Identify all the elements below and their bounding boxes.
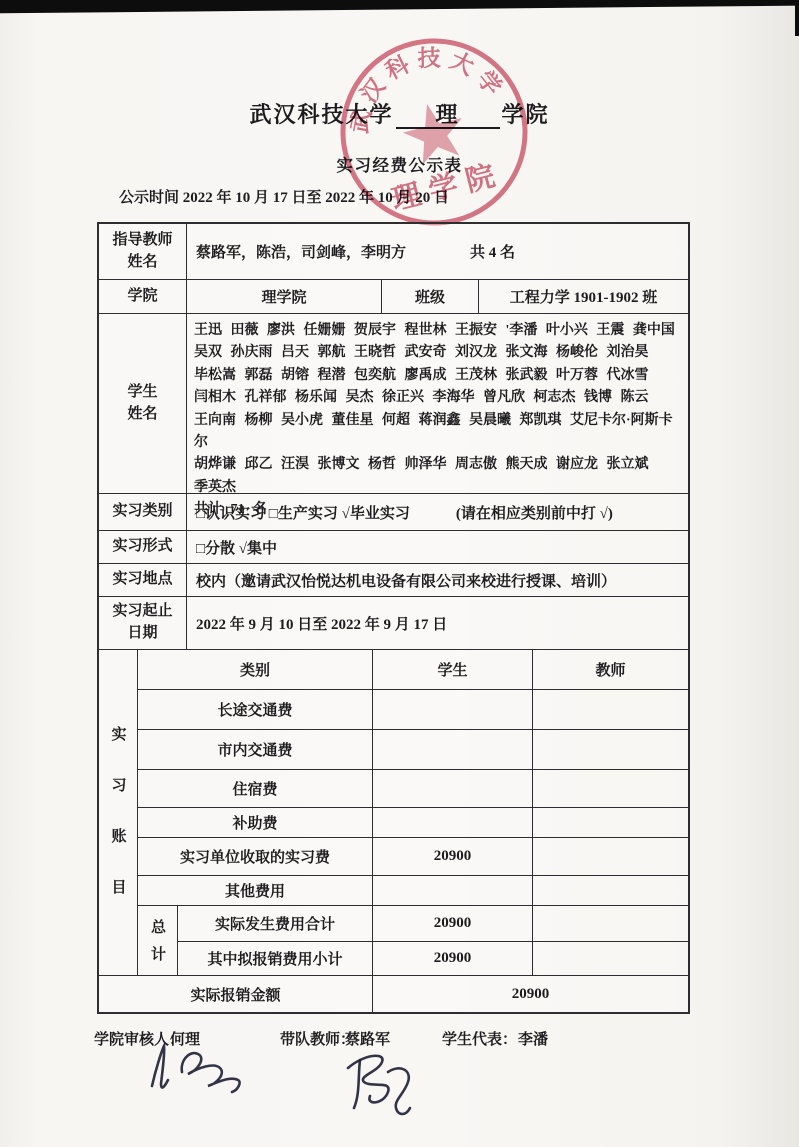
total-teacher-value bbox=[533, 906, 688, 941]
account-total-row: 实际发生费用合计 20900 bbox=[178, 906, 688, 942]
total-teacher-value bbox=[533, 942, 688, 975]
student-rep-label: 学生代表： bbox=[442, 1028, 517, 1049]
fee-label: 补助费 bbox=[138, 808, 373, 837]
row-internship-mode: 实习形式 □分散 √集中 bbox=[99, 531, 688, 564]
students-list: 王迅 田薇 廖洪 任姗姗 贺辰宇 程世林 王振安 '李潘 叶小兴 王震 龚中国 … bbox=[187, 314, 688, 493]
seal-star-icon bbox=[397, 97, 470, 168]
class-value: 工程力学 1901-1902 班 bbox=[479, 280, 688, 313]
reviewer-handwritten-signature bbox=[138, 1038, 253, 1100]
fee-teacher-value bbox=[533, 838, 688, 875]
fee-label: 市内交通费 bbox=[138, 730, 373, 769]
mode-value: □分散 √集中 bbox=[187, 531, 688, 563]
fee-teacher-value bbox=[533, 876, 688, 905]
row-account-block: 实习账目 类别 学生 教师 长途交通费 市内交通费 bbox=[99, 650, 688, 976]
students-line: 胡烨谦 邱乙 汪淏 张博文 杨哲 帅泽华 周志傲 熊天成 谢应龙 张立斌 bbox=[194, 454, 649, 476]
location-value: 校内（邀请武汉怡悦达机电设备有限公司来校进行授课、培训） bbox=[187, 564, 688, 596]
scanned-internship-fund-form: 武汉科技大学理学院 实习经费公示表 公示时间 2022 年 10 月 17 日至… bbox=[0, 0, 799, 1147]
students-line: 王迅 田薇 廖洪 任姗姗 贺辰宇 程世林 王振安 '李潘 叶小兴 王震 龚中国 bbox=[194, 320, 675, 342]
fee-teacher-value bbox=[533, 770, 688, 807]
account-side-label: 实习账目 bbox=[99, 650, 138, 975]
row-college-class: 学院 理学院 班级 工程力学 1901-1902 班 bbox=[99, 280, 688, 314]
row-internship-dates: 实习起止 日期 2022 年 9 月 10 日至 2022 年 9 月 17 日 bbox=[99, 597, 688, 650]
lead-teacher-handwritten-signature bbox=[330, 1046, 430, 1124]
total-student-value: 20900 bbox=[373, 906, 533, 941]
account-header-row: 类别 学生 教师 bbox=[138, 650, 688, 690]
form-table: 指导教师 姓名 蔡路军，陈浩，司剑峰，李明方 共 4 名 学院 理学院 班级 工… bbox=[97, 222, 690, 1014]
dates-label: 实习起止 日期 bbox=[99, 597, 187, 649]
totals-rows: 实际发生费用合计 20900 其中拟报销费用小计 20900 bbox=[178, 906, 688, 975]
dates-value: 2022 年 9 月 10 日至 2022 年 9 月 17 日 bbox=[187, 597, 688, 649]
class-label: 班级 bbox=[382, 280, 479, 313]
fee-label: 住宿费 bbox=[138, 770, 373, 807]
fee-label: 其他费用 bbox=[138, 876, 373, 905]
advisor-names: 蔡路军，陈浩，司剑峰，李明方 bbox=[196, 241, 406, 262]
account-header-student: 学生 bbox=[373, 650, 533, 689]
type-checkboxes: □认识实习 □生产实习 √毕业实习 bbox=[196, 502, 410, 523]
fee-student-value bbox=[373, 808, 533, 837]
row-internship-location: 实习地点 校内（邀请武汉怡悦达机电设备有限公司来校进行授课、培训） bbox=[99, 564, 688, 597]
scan-edge-artifact-right bbox=[795, 0, 799, 36]
fee-student-value bbox=[373, 770, 533, 807]
totals-side-label: 总计 bbox=[138, 906, 178, 975]
students-label: 学生 姓名 bbox=[99, 314, 187, 493]
seal-bottom-text: 理学院 bbox=[388, 157, 507, 217]
fee-student-value bbox=[373, 690, 533, 729]
account-row: 实习单位收取的实习费 20900 bbox=[138, 838, 688, 876]
reimburse-label: 实际报销金额 bbox=[99, 976, 373, 1012]
type-label: 实习类别 bbox=[99, 494, 187, 530]
row-students: 学生 姓名 王迅 田薇 廖洪 任姗姗 贺辰宇 程世林 王振安 '李潘 叶小兴 王… bbox=[99, 314, 688, 494]
students-line: 闫相木 孔祥郁 杨乐闻 吴杰 徐正兴 李海华 曾凡欣 柯志杰 钱博 陈云 bbox=[194, 387, 649, 409]
college-value: 理学院 bbox=[187, 280, 382, 313]
row-reimburse: 实际报销金额 20900 bbox=[99, 976, 688, 1012]
total-label: 实际发生费用合计 bbox=[178, 906, 373, 941]
account-total-row: 其中拟报销费用小计 20900 bbox=[178, 942, 688, 975]
fee-teacher-value bbox=[533, 730, 688, 769]
account-table: 类别 学生 教师 长途交通费 市内交通费 住宿费 bbox=[138, 650, 688, 975]
location-label: 实习地点 bbox=[99, 564, 187, 596]
scan-edge-artifact-top bbox=[0, 0, 799, 14]
account-header-teacher: 教师 bbox=[533, 650, 688, 689]
advisor-label: 指导教师 姓名 bbox=[99, 224, 187, 279]
fee-label: 长途交通费 bbox=[138, 690, 373, 729]
fee-student-value: 20900 bbox=[373, 838, 533, 875]
total-label: 其中拟报销费用小计 bbox=[178, 942, 373, 975]
reimburse-value: 20900 bbox=[373, 976, 688, 1012]
type-note: (请在相应类别前中打 √) bbox=[456, 502, 613, 523]
account-row: 市内交通费 bbox=[138, 730, 688, 770]
total-student-value: 20900 bbox=[373, 942, 533, 975]
fee-student-value bbox=[373, 876, 533, 905]
account-totals-block: 总计 实际发生费用合计 20900 其中拟报销费用小计 20900 bbox=[138, 906, 688, 975]
account-row: 补助费 bbox=[138, 808, 688, 838]
row-internship-type: 实习类别 □认识实习 □生产实习 √毕业实习 (请在相应类别前中打 √) bbox=[99, 494, 688, 531]
fee-student-value bbox=[373, 730, 533, 769]
fee-label: 实习单位收取的实习费 bbox=[138, 838, 373, 875]
type-value: □认识实习 □生产实习 √毕业实习 (请在相应类别前中打 √) bbox=[187, 494, 688, 530]
advisor-value: 蔡路军，陈浩，司剑峰，李明方 共 4 名 bbox=[187, 224, 688, 279]
account-row: 其他费用 bbox=[138, 876, 688, 906]
college-label: 学院 bbox=[99, 280, 187, 313]
red-official-seal: 武汉科技大学 理学院 bbox=[313, 11, 555, 253]
student-rep-name: 李潘 bbox=[518, 1028, 548, 1049]
fee-teacher-value bbox=[533, 808, 688, 837]
account-row: 住宿费 bbox=[138, 770, 688, 808]
mode-label: 实习形式 bbox=[99, 531, 187, 563]
students-line: 吴双 孙庆雨 吕天 郭航 王晓哲 武安奇 刘汉龙 张文海 杨峻伦 刘治昊 bbox=[194, 342, 649, 364]
account-header-category: 类别 bbox=[138, 650, 373, 689]
students-line: 毕松嵩 郭磊 胡镕 程潜 包奕航 廖禹成 王茂林 张武毅 叶万蓉 代冰雪 bbox=[194, 365, 649, 387]
advisor-count: 共 4 名 bbox=[470, 241, 515, 262]
row-advisor: 指导教师 姓名 蔡路军，陈浩，司剑峰，李明方 共 4 名 bbox=[99, 224, 688, 280]
account-row: 长途交通费 bbox=[138, 690, 688, 730]
students-line: 王向南 杨柳 吴小虎 董佳星 何超 蒋润鑫 吴晨曦 郑凯琪 艾尼卡尔·阿斯卡尔 bbox=[194, 410, 681, 455]
fee-teacher-value bbox=[533, 690, 688, 729]
